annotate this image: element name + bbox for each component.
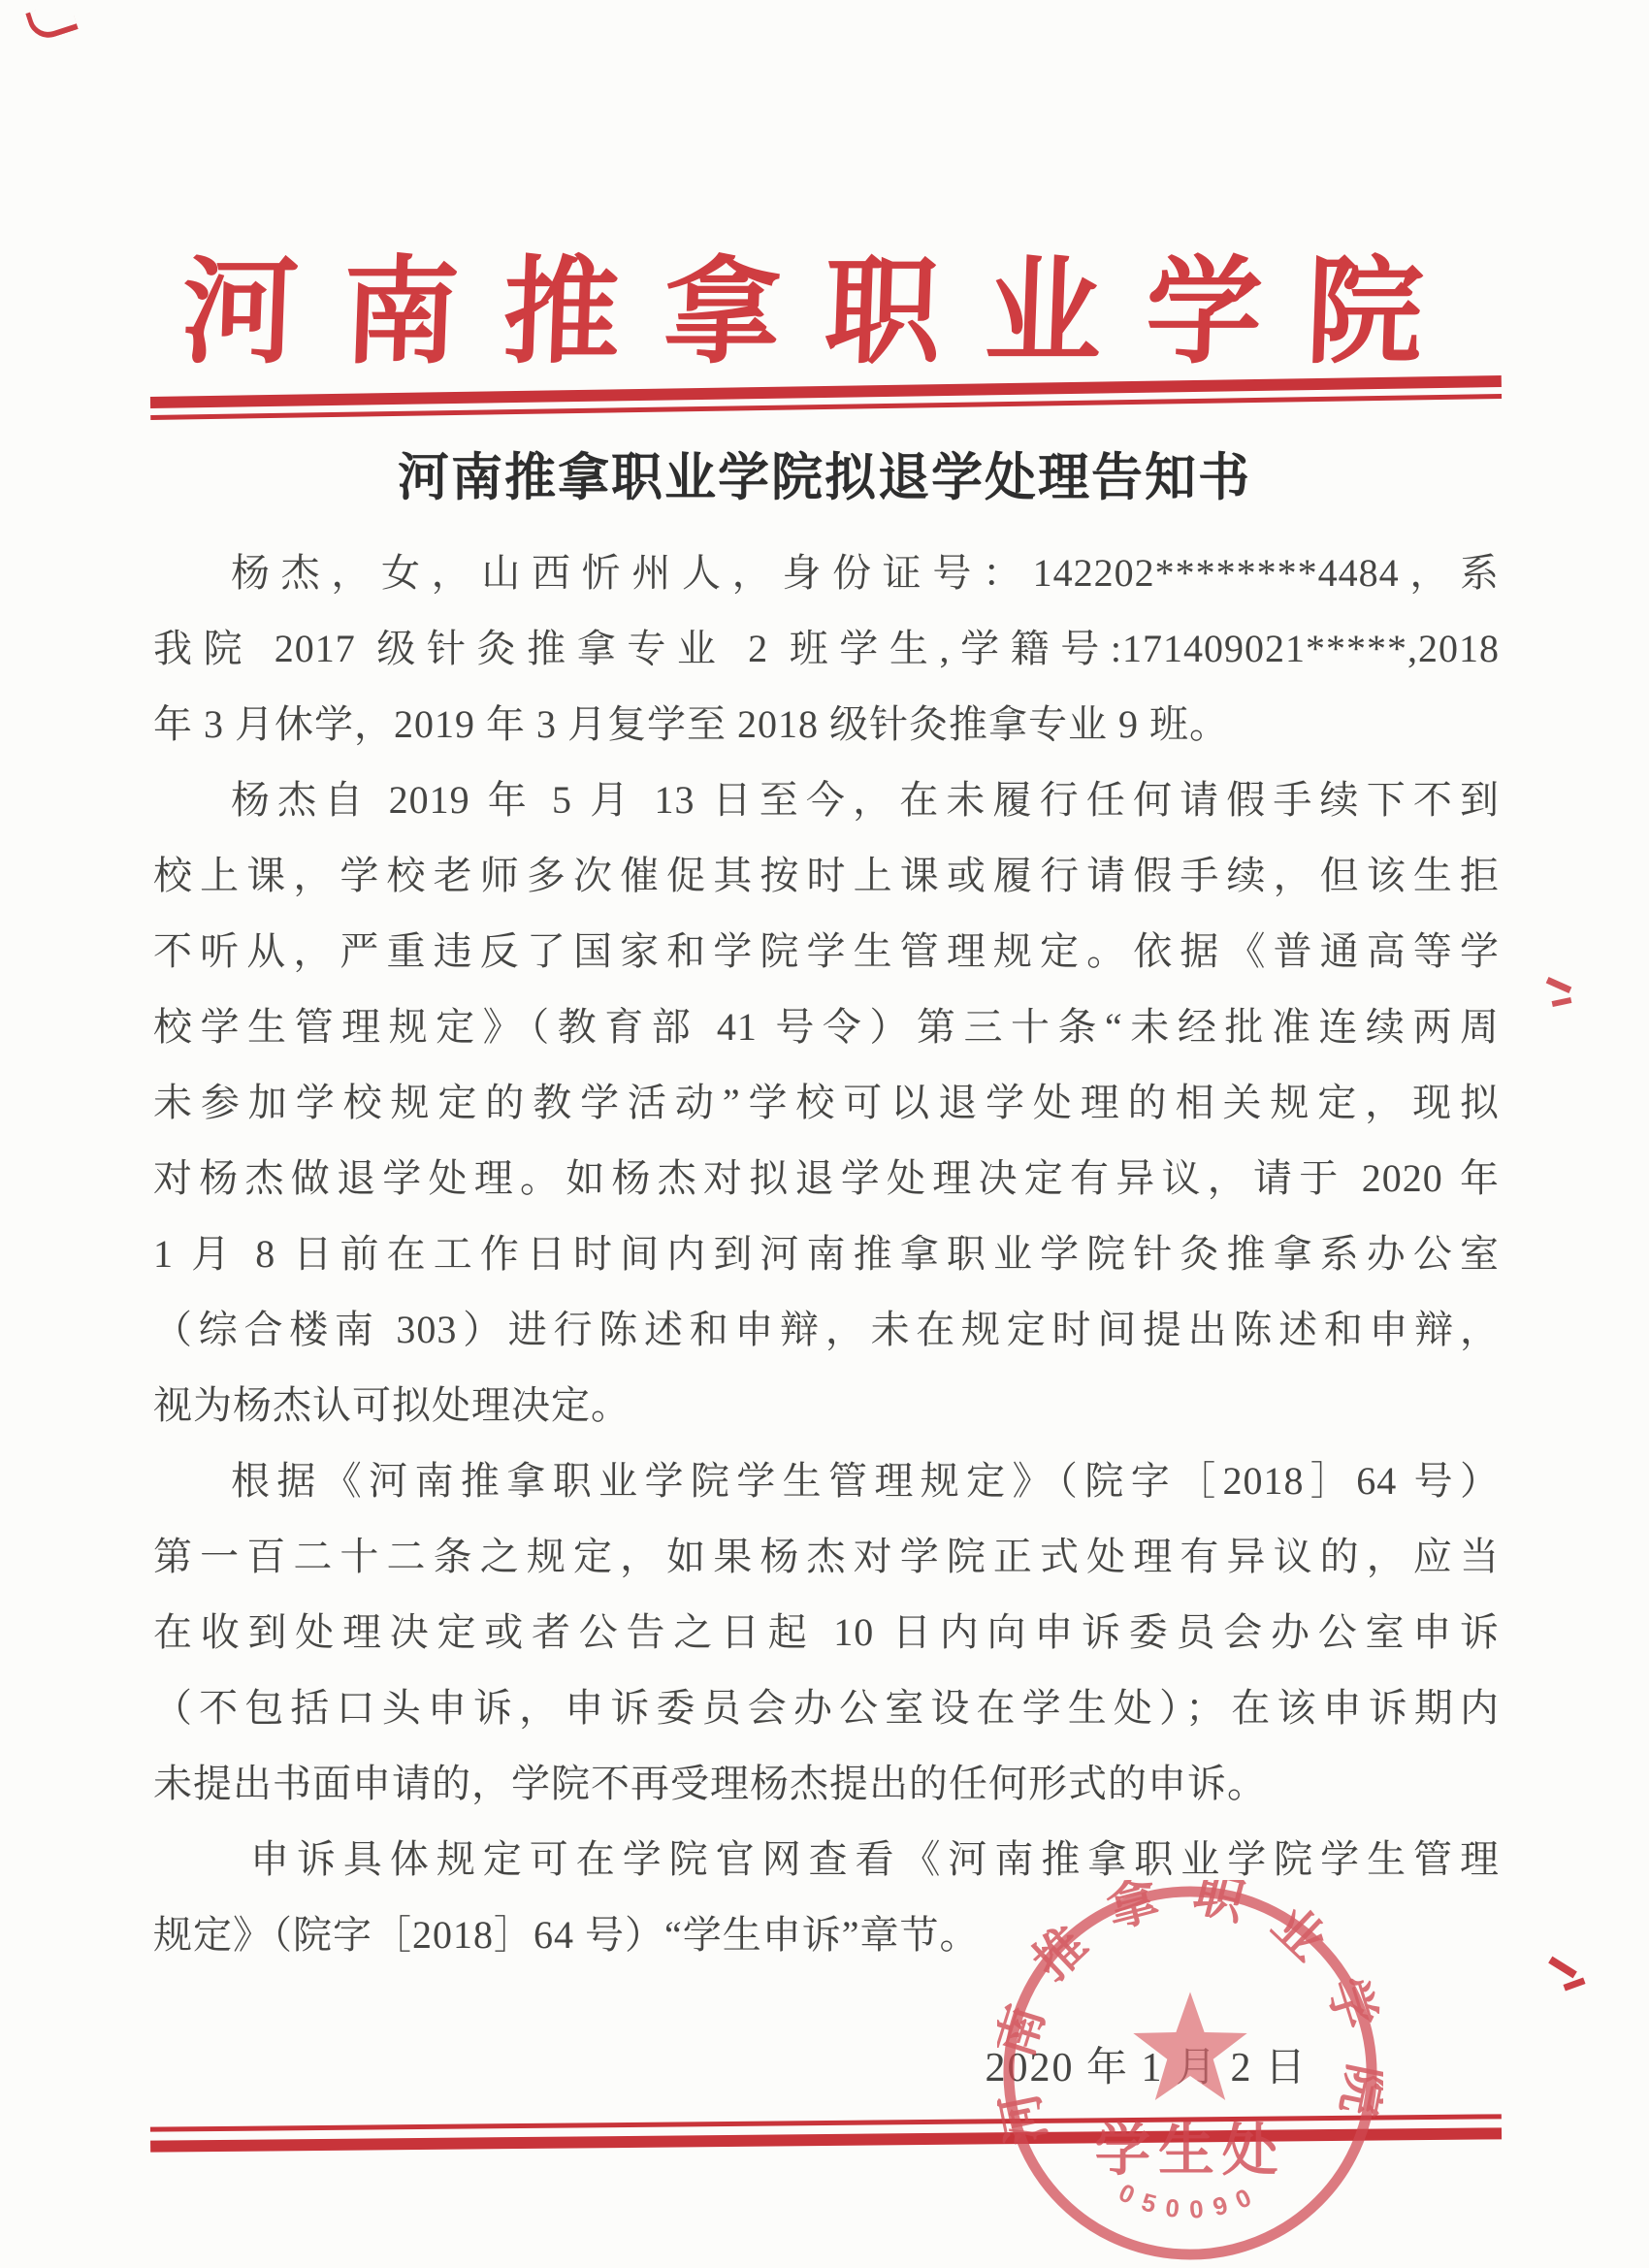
body-line: 在收到处理决定或者公告之日起 10 日内向申诉委员会办公室申诉 [153,1595,1500,1670]
body-line: 杨杰自 2019 年 5 月 13 日至今，在未履行任何请假手续下不到 [153,762,1500,838]
body-line: 1 月 8 日前在工作日时间内到河南推拿职业学院针灸推拿系办公室 [153,1216,1500,1292]
body-line: 不听从，严重违反了国家和学院学生管理规定。依据《普通高等学 [153,914,1500,989]
seal-center-label: 学生处 [1095,2121,1286,2183]
body-line: 我院 2017 级针灸推拿专业 2 班学生,学籍号:171409021*****… [153,611,1500,687]
letterhead-school-name: 河南推拿职业学院 [0,241,1649,384]
official-seal-stamp: 河南推拿职业学院 学生处 050090 [997,1880,1383,2266]
scan-mark [25,0,79,43]
scan-mark [1546,977,1572,993]
body-line: 根据《河南推拿职业学院学生管理规定》（院字［2018］64 号） [153,1443,1500,1519]
body-line: （综合楼南 303）进行陈述和申辩，未在规定时间提出陈述和申辩， [153,1292,1500,1368]
scan-mark [1548,1957,1577,1979]
body-line: 视为杨杰认可拟处理决定。 [153,1368,1500,1443]
scanned-notice-page: 河南推拿职业学院 河南推拿职业学院拟退学处理告知书 杨杰，女，山西忻州人，身份证… [0,0,1649,2268]
scan-mark [1552,997,1572,1007]
body-line: （不包括口头申诉，申诉委员会办公室设在学生处）；在该申诉期内 [153,1670,1500,1746]
star-icon [1133,1992,1246,2100]
body-line: 第一百二十二条之规定，如果杨杰对学院正式处理有异议的，应当 [153,1519,1500,1595]
body-line: 校学生管理规定》（教育部 41 号令）第三十条“未经批准连续两周 [153,989,1500,1065]
notice-body: 杨杰，女，山西忻州人，身份证号：142202********4484，系 我院 … [153,535,1500,1973]
body-line: 校上课，学校老师多次催促其按时上课或履行请假手续，但该生拒 [153,838,1500,914]
body-line: 对杨杰做退学处理。如杨杰对拟退学处理决定有异议，请于 2020 年 [153,1141,1500,1216]
body-line: 未提出书面申请的，学院不再受理杨杰提出的任何形式的申诉。 [153,1746,1500,1822]
page-title: 河南推拿职业学院拟退学处理告知书 [0,437,1649,510]
seal-code-digits: 050090 [1115,2179,1266,2223]
body-line: 年 3 月休学，2019 年 3 月复学至 2018 级针灸推拿专业 9 班。 [153,687,1500,762]
scan-mark [1563,1977,1585,1991]
body-line: 杨杰，女，山西忻州人，身份证号：142202********4484，系 [153,535,1500,611]
body-line: 未参加学校规定的教学活动”学校可以退学处理的相关规定，现拟 [153,1065,1500,1141]
